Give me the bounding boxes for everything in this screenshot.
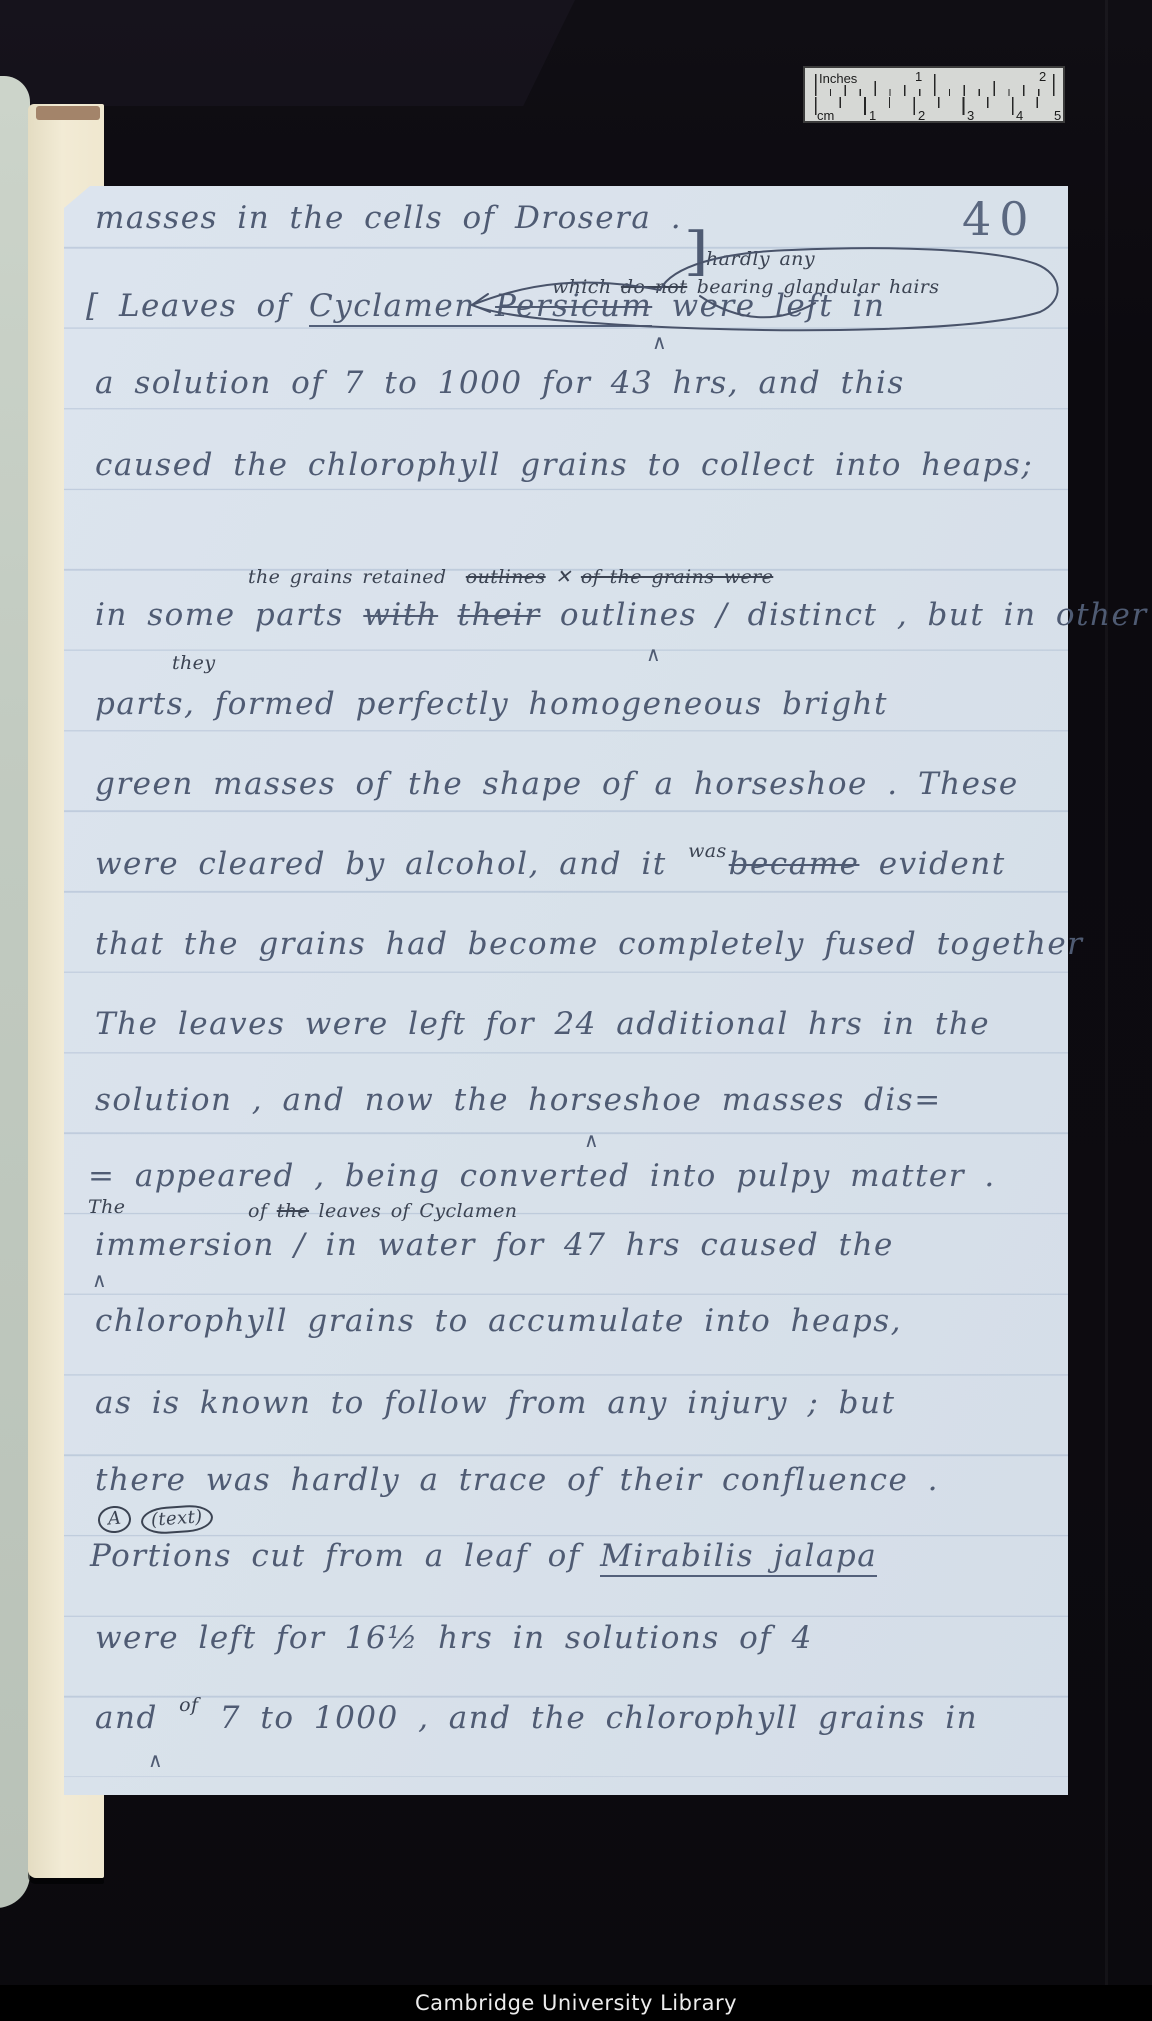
line-solution-43hrs: a solution of 7 to 1000 for 43 hrs, and … xyxy=(95,365,905,401)
interline-hardly-any: hardly any xyxy=(706,248,815,270)
line-accumulate-heaps: chlorophyll grains to accumulate into he… xyxy=(95,1303,902,1339)
line-parts-formed: parts, formed perfectly homogeneous brig… xyxy=(95,686,888,722)
line-portions-mirabilis: Portions cut from a leaf of Mirabilis ja… xyxy=(90,1538,877,1574)
ruler-cm-5: 5 xyxy=(1054,108,1061,123)
page-number: 40 xyxy=(962,192,1037,246)
interline-grains-retained: the grains retained outlines ✕ of the gr… xyxy=(248,566,773,588)
ruler-cm-4: 4 xyxy=(1016,108,1023,123)
line-any-injury: as is known to follow from any injury ; … xyxy=(95,1385,895,1421)
photograph-stage: 40 masses in the cells of Drosera . ] ha… xyxy=(0,0,1152,2021)
caret-mark: ∧ xyxy=(92,1268,107,1292)
line-caused-heaps: caused the chlorophyll grains to collect… xyxy=(95,447,1033,483)
caret-mark: ∧ xyxy=(584,1128,599,1152)
caret-mark: ∧ xyxy=(646,642,661,666)
book-leaf-edge xyxy=(0,76,30,1908)
line-trace-confluence: there was hardly a trace of their conflu… xyxy=(95,1462,939,1498)
line-fused-together: that the grains had become completely fu… xyxy=(95,926,1083,962)
line-solution-horseshoe: solution , and now the horseshoe masses … xyxy=(95,1082,942,1118)
line-16half-hrs: were left for 16½ hrs in solutions of 4 xyxy=(95,1620,813,1656)
velvet-fold xyxy=(0,0,575,106)
line-green-masses: green masses of the shape of a horseshoe… xyxy=(95,766,1019,802)
ruler-inch-1: 1 xyxy=(915,69,922,84)
line-masses: masses in the cells of Drosera . xyxy=(95,200,682,236)
margin-marks-a-text: A(text) xyxy=(98,1506,223,1533)
book-binding-strip xyxy=(36,106,100,120)
ruler-cm-label: cm xyxy=(817,108,834,123)
line-left-24hrs: The leaves were left for 24 additional h… xyxy=(95,1006,990,1042)
line-leaves-cyclamen: [ Leaves of Cyclamen Persicum were left … xyxy=(86,288,885,324)
line-appeared-pulpy: = appeared , being converted into pulpy … xyxy=(88,1158,996,1194)
ruler-cm-2: 2 xyxy=(918,108,925,123)
ruler: Inches 1 2 cm 1 2 3 4 5 xyxy=(803,66,1065,123)
line-in-some-parts: in some parts with their outlines / dist… xyxy=(95,597,1148,633)
library-caption: Cambridge University Library xyxy=(415,1991,737,2015)
caption-bar: Cambridge University Library xyxy=(0,1985,1152,2021)
velvet-seam xyxy=(1105,0,1108,2021)
ruler-cm-1: 1 xyxy=(869,108,876,123)
interline-they: they xyxy=(172,652,215,674)
line-and-7-to-1000: and of 7 to 1000 , and the chlorophyll g… xyxy=(95,1700,978,1736)
ruler-cm-3: 3 xyxy=(967,108,974,123)
margin-the: The xyxy=(88,1196,125,1218)
ruler-inches-label: Inches xyxy=(819,71,857,86)
caret-mark: ∧ xyxy=(148,1748,163,1772)
line-immersion-47hrs: immersion / in water for 47 hrs caused t… xyxy=(95,1227,894,1263)
interline-of-leaves-cyclamen: of the leaves of Cyclamen xyxy=(248,1200,517,1222)
line-cleared-alcohol: were cleared by alcohol, and it wasbecam… xyxy=(95,846,1006,882)
ruler-inch-2: 2 xyxy=(1039,69,1046,84)
caret-mark: ∧ xyxy=(652,330,667,354)
